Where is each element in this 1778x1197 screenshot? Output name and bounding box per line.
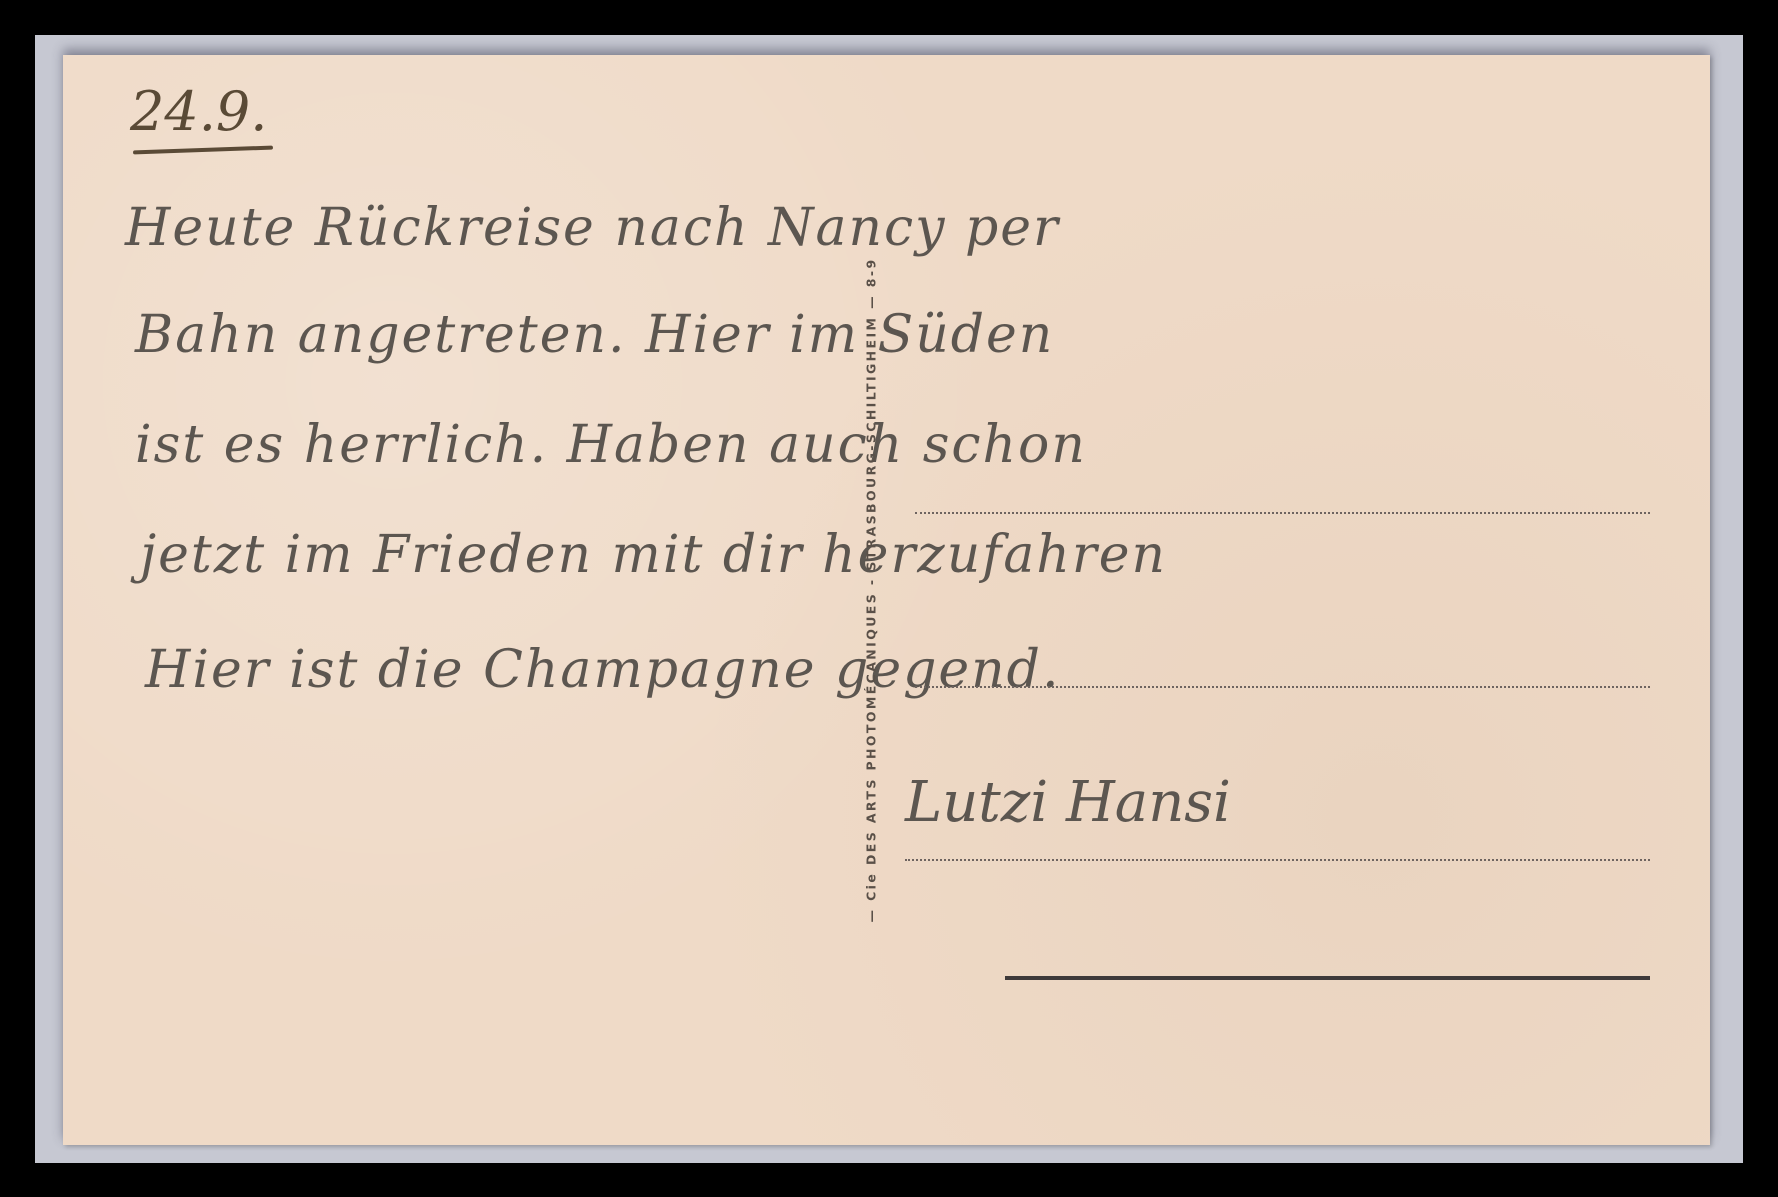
message-line-2: Bahn angetreten. Hier im Süden	[135, 305, 1054, 365]
message-line-1: Heute Rückreise nach Nancy per	[125, 198, 1060, 258]
address-line-2	[915, 686, 1650, 688]
address-line-1	[915, 512, 1650, 514]
address-line-3	[905, 859, 1650, 861]
date-handwritten: 24.9.	[130, 80, 267, 143]
publisher-imprint: — Cie DES ARTS PHOTOMÉCANIQUES - STRASBO…	[856, 160, 886, 1020]
publisher-imprint-text: — Cie DES ARTS PHOTOMÉCANIQUES - STRASBO…	[864, 257, 879, 922]
message-line-3: ist es herrlich. Haben auch schon	[135, 415, 1087, 475]
message-line-5: Hier ist die Champagne gegend.	[145, 640, 1061, 700]
message-line-4: jetzt im Frieden mit dir herzufahren	[140, 525, 1167, 585]
address-solid-line	[1005, 976, 1650, 980]
signature: Lutzi Hansi	[905, 770, 1231, 835]
